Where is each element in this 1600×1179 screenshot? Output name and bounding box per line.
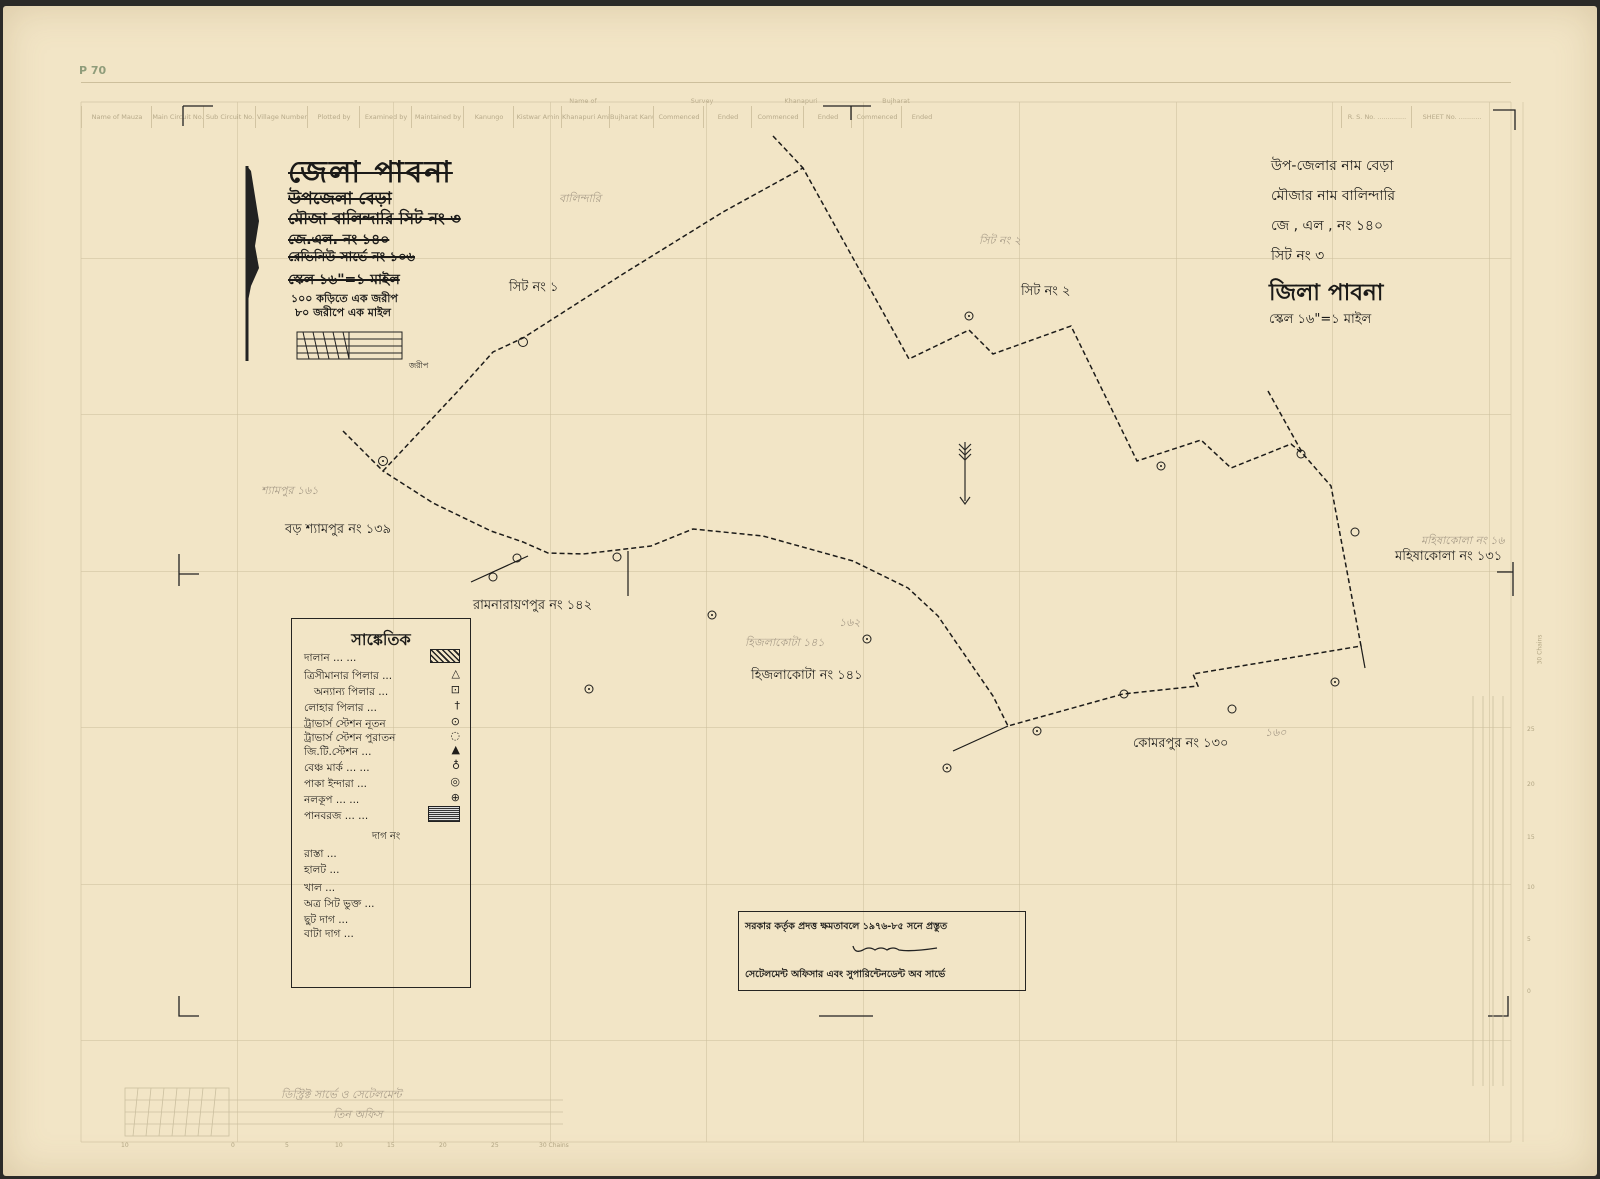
pencil-note: শ্যামপুর ১৬১	[261, 482, 318, 501]
side-scale-tick: 5	[1527, 936, 1531, 943]
neighbor-label-sheet-2: সিট নং ২	[1021, 282, 1070, 303]
dag-header: দাগ নং	[372, 829, 400, 846]
bottom-scale-tick: 5	[285, 1142, 289, 1149]
bottom-pencil-note: তিন অফিস	[333, 1106, 382, 1125]
right-scale-line: স্কেল ১৬"=১ মাইল	[1269, 310, 1371, 331]
legend-item: অন্যান্য পিলার ...	[314, 685, 388, 702]
legend-item: জি.টি.স্টেশন ...	[304, 745, 371, 762]
dag-item: বাটা দাগ ...	[304, 927, 354, 944]
legend-item: লোহার পিলার ...	[304, 701, 377, 718]
side-scale-tick: 25	[1527, 726, 1535, 733]
tube-well-icon: ⊕	[451, 791, 460, 804]
certification-box: সরকার কর্তৃক প্রদত্ত ক্ষমতাবলে ১৯৭৬-৮৫ স…	[738, 911, 1026, 991]
chain-note-2: ৮০ জরীপে এক মাইল	[295, 304, 391, 323]
signature-icon	[851, 940, 941, 958]
neighbor-label-boro-shyampur: বড় শ্যামপুর নং ১৩৯	[285, 520, 391, 541]
right-district-title: জিলা পাবনা	[1269, 274, 1383, 313]
pencil-note: মহিষাকোলা নং ১৬	[1421, 532, 1505, 551]
neighbor-label-hijlakota: হিজলাকোটা নং ১৪১	[751, 666, 863, 687]
tri-junction-pillar-icon: △	[452, 667, 460, 680]
iron-pillar-icon: †	[455, 699, 461, 712]
betel-garden-icon	[428, 806, 460, 822]
dag-item: হালট ...	[304, 863, 339, 880]
side-scale-tick: 0	[1527, 988, 1531, 995]
neighbor-label-sheet-1: সিট নং ১	[509, 278, 558, 299]
bottom-scale-tick: 15	[387, 1142, 395, 1149]
certification-line-1: সরকার কর্তৃক প্রদত্ত ক্ষমতাবলে ১৯৭৬-৮৫ স…	[745, 920, 947, 935]
bottom-scale-tick: 10	[335, 1142, 343, 1149]
pencil-note: হিজলাকোটা ১৪১	[745, 634, 825, 653]
side-scale-tick: 30 Chains	[1536, 635, 1543, 665]
traverse-new-icon: ⊙	[451, 715, 460, 728]
right-jl-line: জে , এল , নং ১৪০	[1271, 214, 1383, 238]
legend-item: পানবরজ ... ...	[304, 809, 368, 826]
bench-mark-icon: ♁	[452, 759, 460, 772]
pencil-note: ১৬২	[839, 614, 860, 633]
side-scale-tick: 10	[1527, 884, 1535, 891]
dag-item: অত্র সিট ভুক্ত ...	[304, 897, 375, 914]
dag-item: রাস্তা ...	[304, 847, 337, 864]
pucca-well-icon: ◎	[450, 775, 460, 788]
scale-bar-label: জরীপ	[409, 360, 428, 373]
bottom-scale-tick: 0	[231, 1142, 235, 1149]
pencil-note: সিট নং ২	[979, 232, 1021, 251]
map-drawing	[3, 6, 1597, 1176]
legend-item: বেঞ্চ মার্ক ... ...	[304, 761, 370, 778]
pencil-note: বালিন্দারি	[559, 190, 601, 209]
legend-box: সাঙ্কেতিক দালান ... ... ত্রিসীমানার পিলা…	[291, 618, 471, 988]
bottom-scale-tick: 30 Chains	[539, 1142, 569, 1149]
neighbor-label-ramnarayanpur: রামনারায়ণপুর নং ১৪২	[473, 596, 592, 617]
gt-station-icon: ▲	[452, 743, 460, 756]
certification-line-2: সেটেলমেন্ট অফিসার এবং সুপারিন্টেনডেন্ট অ…	[745, 968, 945, 983]
bottom-pencil-note: ডিস্ট্রিক্ট সার্ভে ও সেটেলমেন্ট	[281, 1086, 402, 1105]
legend-item: দালান ... ...	[304, 651, 356, 668]
building-symbol-icon	[430, 649, 460, 663]
dag-item: খাল ...	[304, 881, 335, 898]
other-pillar-icon: ⊡	[451, 683, 460, 696]
right-mouza-line: মৌজার নাম বালিন্দারি	[1271, 184, 1395, 208]
scale-line: স্কেল ১৬"=১ মাইল	[288, 268, 400, 292]
legend-item: নলকূপ ... ...	[304, 793, 359, 810]
right-sheet-line: সিট নং ৩	[1271, 244, 1324, 268]
side-scale-tick: 20	[1527, 781, 1535, 788]
bottom-scale-tick: 10	[121, 1142, 129, 1149]
neighbor-label-komorpur: কোমরপুর নং ১৩০	[1133, 734, 1228, 755]
map-sheet: P 70 Name of Mauza Main Circuit No. Sub …	[3, 6, 1597, 1176]
right-upazila-line: উপ-জেলার নাম বেড়া	[1271, 154, 1393, 178]
pencil-note: ১৬০	[1265, 724, 1286, 743]
revenue-survey-line: রেভিনিউ সার্ভে নং ১০৬	[288, 248, 415, 269]
bottom-scale-tick: 25	[491, 1142, 499, 1149]
legend-item: ত্রিসীমানার পিলার ...	[304, 669, 392, 686]
bottom-scale-tick: 20	[439, 1142, 447, 1149]
side-scale-tick: 15	[1527, 834, 1535, 841]
legend-item: পাকা ইন্দারা ...	[304, 777, 367, 794]
traverse-old-icon: ◌	[450, 729, 460, 742]
